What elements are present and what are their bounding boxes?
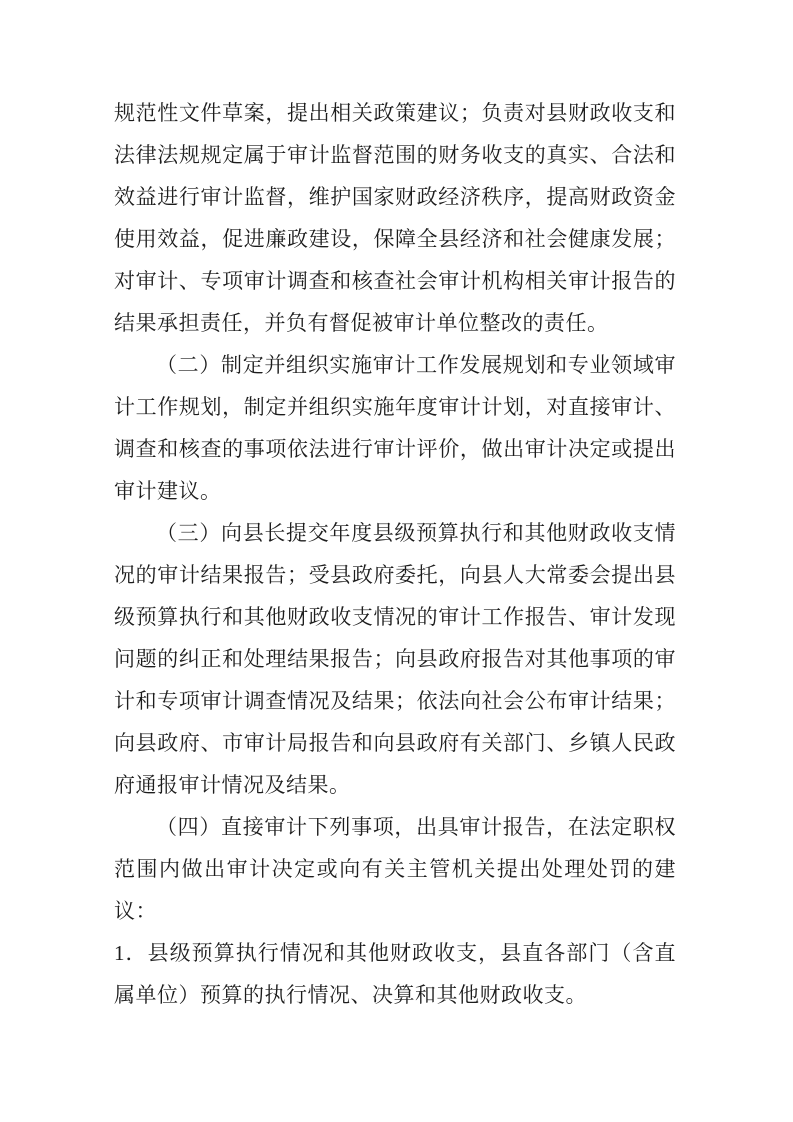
text-line: 属单位）预算的执行情况、决算和其他财政收支。: [114, 974, 676, 1016]
text-line: （四）直接审计下列事项，出具审计报告，在法定职权: [114, 806, 676, 848]
document-page: 规范性文件草案，提出相关政策建议；负责对县财政收支和法律法规规定属于审计监督范围…: [0, 0, 793, 1122]
text-line: （三）向县长提交年度县级预算执行和其他财政收支情: [114, 512, 676, 554]
text-line: 计工作规划，制定并组织实施年度审计计划，对直接审计、: [114, 386, 676, 428]
text-line: 调查和核查的事项依法进行审计评价，做出审计决定或提出: [114, 428, 676, 470]
text-line: 1．县级预算执行情况和其他财政收支，县直各部门（含直: [114, 932, 676, 974]
text-line: 计和专项审计调查情况及结果；依法向社会公布审计结果；: [114, 680, 676, 722]
text-line: 结果承担责任，并负有督促被审计单位整改的责任。: [114, 302, 676, 344]
text-line: 范围内做出审计决定或向有关主管机关提出处理处罚的建: [114, 848, 676, 890]
paragraph: （三）向县长提交年度县级预算执行和其他财政收支情况的审计结果报告；受县政府委托，…: [114, 512, 676, 806]
text-line: 法律法规规定属于审计监督范围的财务收支的真实、合法和: [114, 134, 676, 176]
text-line: （二）制定并组织实施审计工作发展规划和专业领域审: [114, 344, 676, 386]
paragraph: （二）制定并组织实施审计工作发展规划和专业领域审计工作规划，制定并组织实施年度审…: [114, 344, 676, 512]
paragraph: （四）直接审计下列事项，出具审计报告，在法定职权范围内做出审计决定或向有关主管机…: [114, 806, 676, 932]
text-line: 问题的纠正和处理结果报告；向县政府报告对其他事项的审: [114, 638, 676, 680]
paragraph: 1．县级预算执行情况和其他财政收支，县直各部门（含直属单位）预算的执行情况、决算…: [114, 932, 676, 1016]
text-line: 使用效益，促进廉政建设，保障全县经济和社会健康发展；: [114, 218, 676, 260]
text-line: 级预算执行和其他财政收支情况的审计工作报告、审计发现: [114, 596, 676, 638]
text-line: 审计建议。: [114, 470, 676, 512]
text-line: 规范性文件草案，提出相关政策建议；负责对县财政收支和: [114, 92, 676, 134]
paragraph: 规范性文件草案，提出相关政策建议；负责对县财政收支和法律法规规定属于审计监督范围…: [114, 92, 676, 344]
text-line: 况的审计结果报告；受县政府委托，向县人大常委会提出县: [114, 554, 676, 596]
document-body: 规范性文件草案，提出相关政策建议；负责对县财政收支和法律法规规定属于审计监督范围…: [114, 92, 676, 1016]
text-line: 府通报审计情况及结果。: [114, 764, 676, 806]
text-line: 对审计、专项审计调查和核查社会审计机构相关审计报告的: [114, 260, 676, 302]
text-line: 向县政府、市审计局报告和向县政府有关部门、乡镇人民政: [114, 722, 676, 764]
text-line: 效益进行审计监督，维护国家财政经济秩序，提高财政资金: [114, 176, 676, 218]
text-line: 议：: [114, 890, 676, 932]
